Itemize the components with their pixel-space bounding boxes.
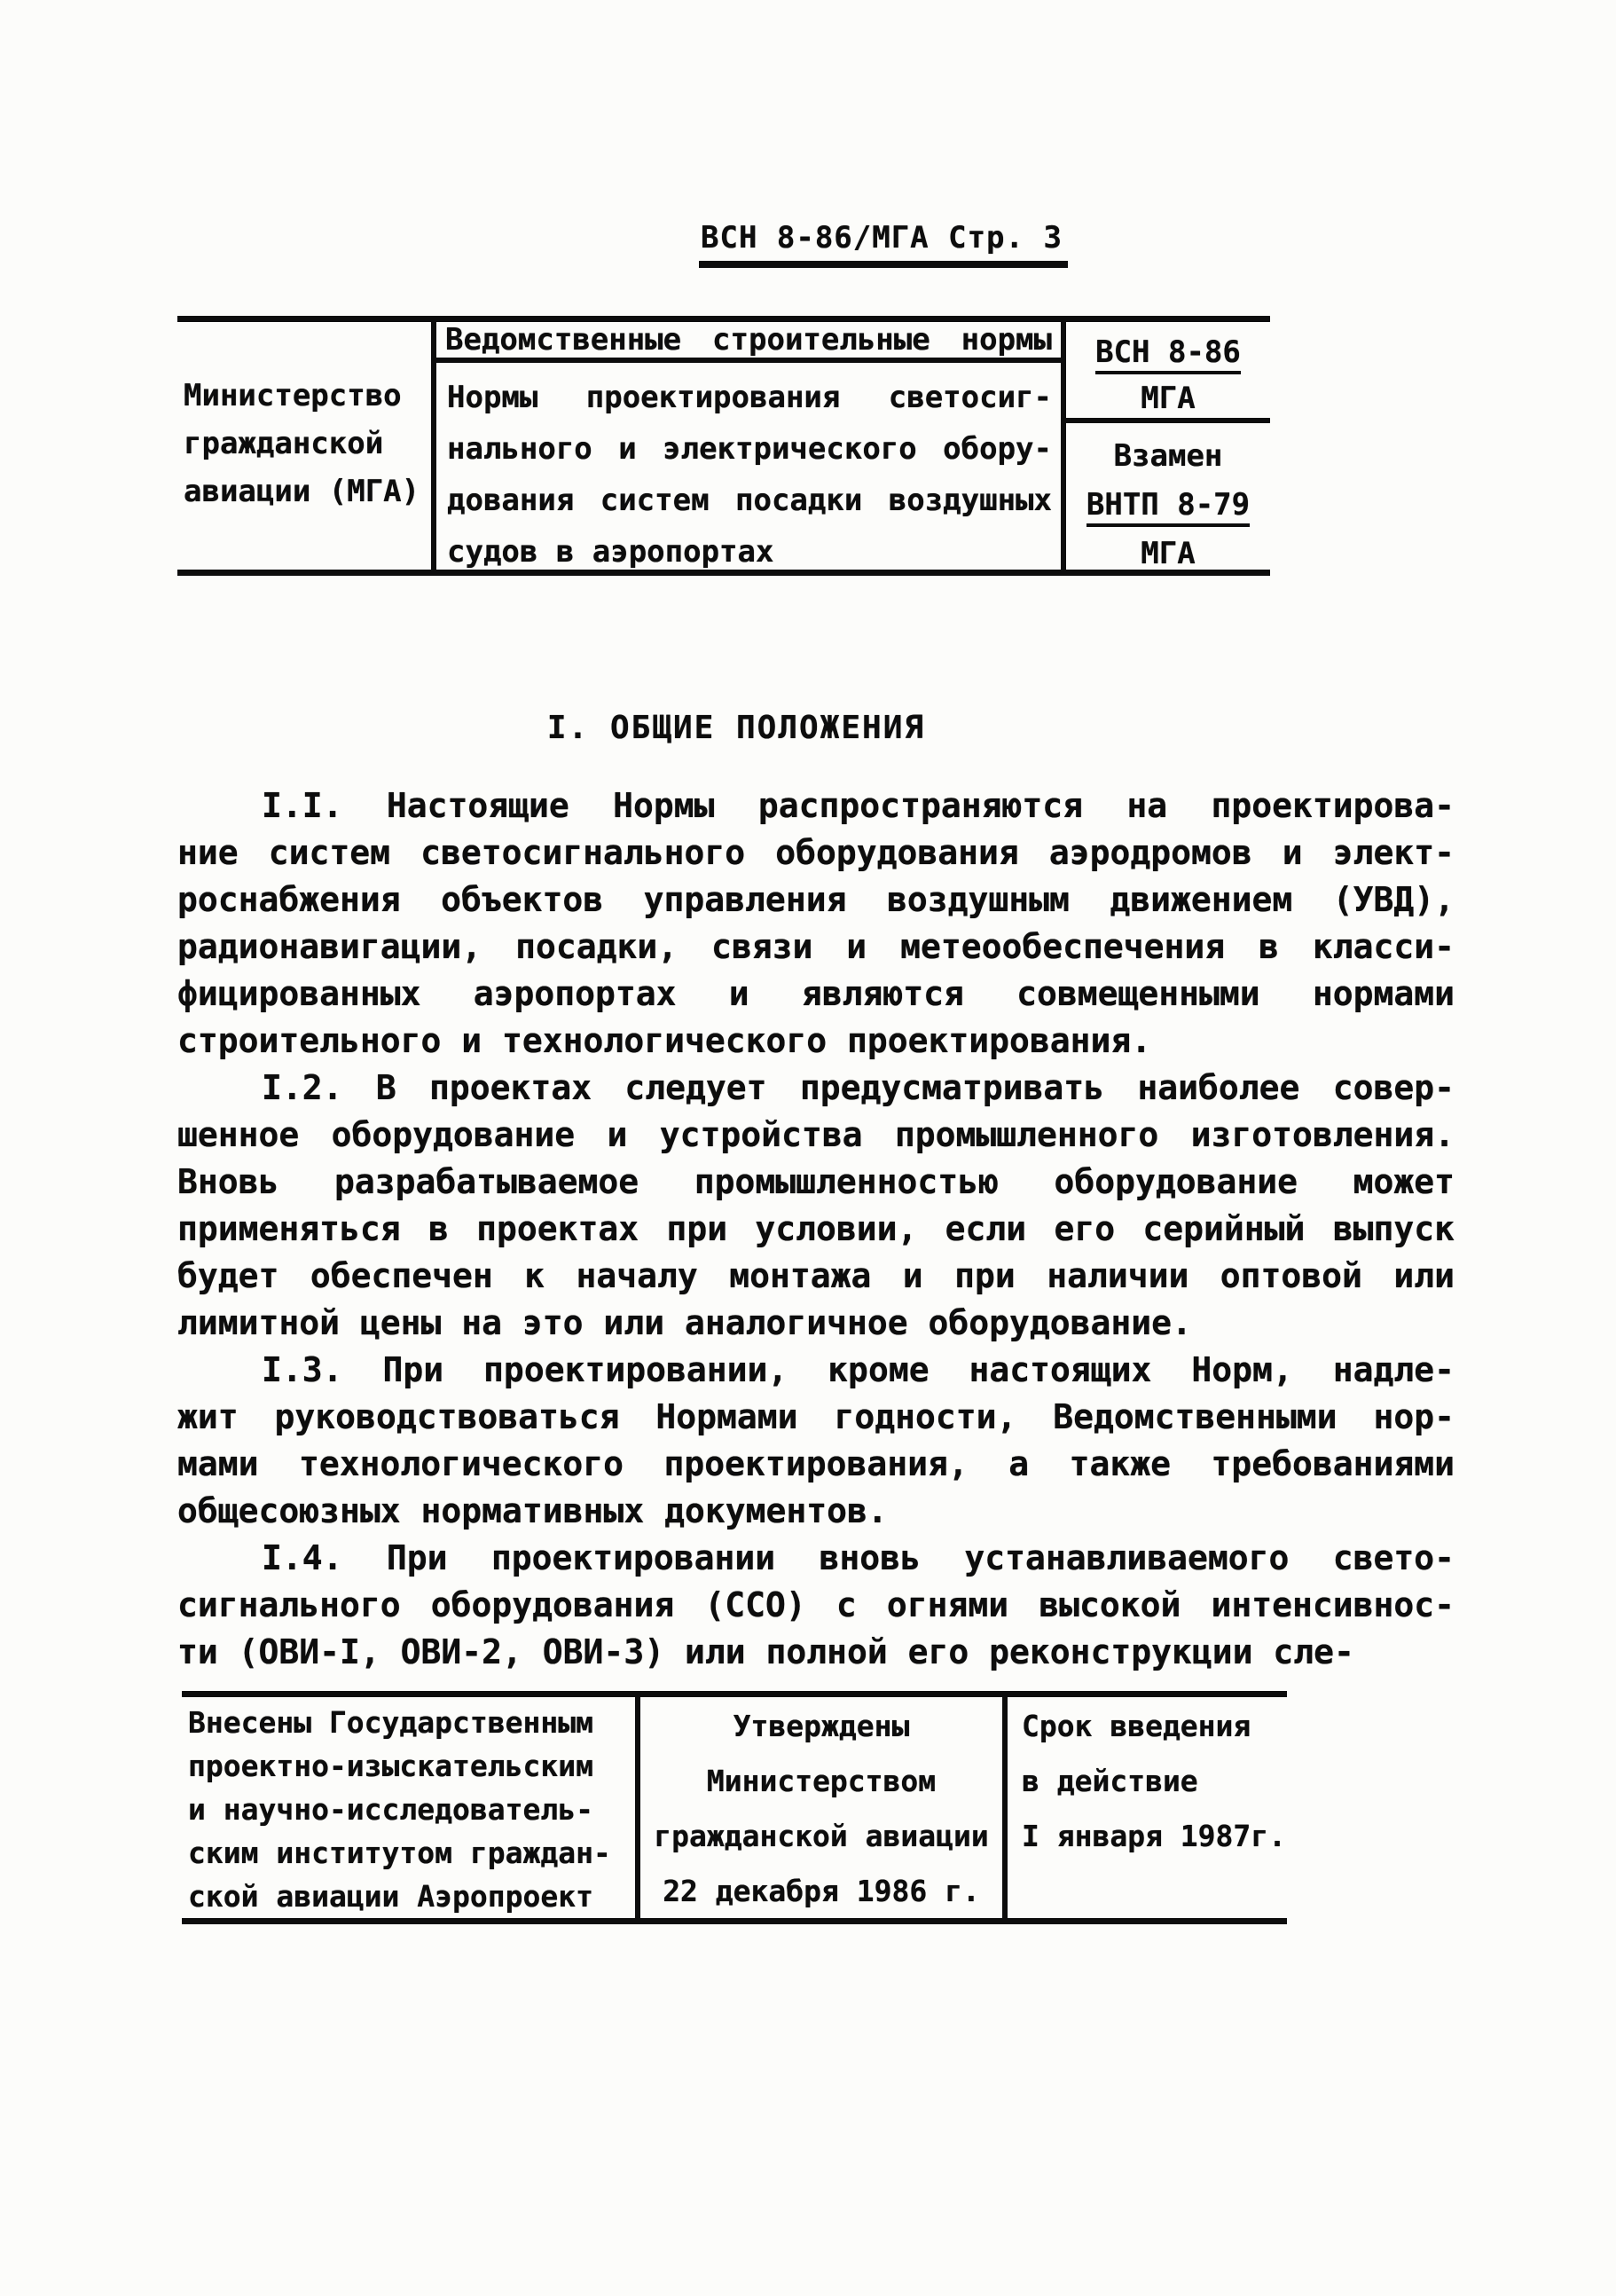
paragraph: I.I. Настоящие Нормы распространяются на… bbox=[177, 782, 1455, 1065]
replaces-cell: Взамен ВНТП 8-79 МГА bbox=[1066, 423, 1270, 578]
text-line: будет обеспечен к началу монтажа и при н… bbox=[177, 1253, 1455, 1300]
text-line: жит руководствоваться Нормами годности, … bbox=[177, 1394, 1455, 1441]
title-column: Ведомственные строительные нормы Нормы п… bbox=[431, 322, 1066, 570]
text-line: I.3. При проектировании, кроме настоящих… bbox=[177, 1347, 1455, 1394]
text-line: гражданской авиации bbox=[640, 1809, 1002, 1864]
doc-code: ВСН 8-86 bbox=[1095, 334, 1241, 374]
replaces-label: Взамен bbox=[1066, 432, 1270, 481]
text-line: ской авиации Аэропроект bbox=[188, 1875, 630, 1918]
text-line: сигнального оборудования (ССО) с огнями … bbox=[177, 1582, 1455, 1629]
doc-type-text: Ведомственные строительные нормы bbox=[445, 322, 1052, 358]
text-line: ским институтом граждан- bbox=[188, 1831, 630, 1875]
paragraph: I.2. В проектах следует предусматривать … bbox=[177, 1065, 1455, 1347]
text-line: I.4. При проектировании вновь устанавлив… bbox=[177, 1535, 1455, 1582]
text-line: ние систем светосигнального оборудования… bbox=[177, 830, 1455, 877]
text-line: применяться в проектах при условии, если… bbox=[177, 1206, 1455, 1253]
replaces-code: ВНТП 8-79 bbox=[1086, 487, 1250, 527]
text-line: роснабжения объектов управления воздушны… bbox=[177, 877, 1455, 924]
text-line: фицированных аэропортах и являются совме… bbox=[177, 971, 1455, 1018]
text-line: Нормы проектирования светосиг- bbox=[447, 372, 1052, 423]
text-line: 22 декабря 1986 г. bbox=[640, 1864, 1002, 1919]
doc-type-cell: Ведомственные строительные нормы bbox=[436, 322, 1061, 363]
text-line: общесоюзных нормативных документов. bbox=[177, 1488, 1455, 1535]
doc-code-org: МГА bbox=[1066, 375, 1270, 421]
replaces-org: МГА bbox=[1066, 530, 1270, 578]
text-line: и научно-исследователь- bbox=[188, 1788, 630, 1831]
text-line: в действие bbox=[1022, 1754, 1287, 1809]
approved-by-cell: УтвержденыМинистерствомгражданской авиац… bbox=[635, 1697, 1008, 1918]
paragraph: I.3. При проектировании, кроме настоящих… bbox=[177, 1347, 1455, 1535]
text-line: I.I. Настоящие Нормы распространяются на… bbox=[177, 782, 1455, 830]
replaces-code-line: ВНТП 8-79 bbox=[1066, 481, 1270, 530]
doc-code-cell: ВСН 8-86 МГА bbox=[1066, 322, 1270, 423]
text-line: мами технологического проектирования, а … bbox=[177, 1441, 1455, 1488]
section-heading: I. ОБЩИЕ ПОЛОЖЕНИЯ bbox=[177, 710, 1295, 746]
text-line: Внесены Государственным bbox=[188, 1701, 630, 1744]
running-head: ВСН 8-86/МГА Стр. 3 bbox=[699, 220, 1068, 268]
submitted-by-cell: Внесены Государственнымпроектно-изыскате… bbox=[182, 1697, 635, 1918]
text-line: нального и электрического обору- bbox=[447, 423, 1052, 475]
text-line: Утверждены bbox=[640, 1699, 1002, 1754]
code-column: ВСН 8-86 МГА Взамен ВНТП 8-79 МГА bbox=[1066, 322, 1270, 570]
doc-code-line: ВСН 8-86 bbox=[1066, 329, 1270, 375]
text-line: дования систем посадки воздушных bbox=[447, 475, 1052, 526]
text-line: проектно-изыскательским bbox=[188, 1744, 630, 1788]
document-page: ВСН 8-86/МГА Стр. 3 Министерствогражданс… bbox=[0, 0, 1616, 2296]
effective-date-cell: Срок введенияв действиеI января 1987г. bbox=[1008, 1697, 1287, 1918]
text-line: ти (ОВИ-I, ОВИ-2, ОВИ-3) или полной его … bbox=[177, 1629, 1455, 1676]
text-line: I.2. В проектах следует предусматривать … bbox=[177, 1065, 1455, 1112]
text-line: авиации (МГА) bbox=[184, 468, 428, 515]
text-line: строительного и технологического проекти… bbox=[177, 1018, 1455, 1065]
text-line: лимитной цены на это или аналогичное обо… bbox=[177, 1300, 1455, 1347]
text-line: Срок введения bbox=[1022, 1699, 1287, 1754]
text-line: шенное оборудование и устройства промышл… bbox=[177, 1112, 1455, 1159]
document-stamp-table: Министерствогражданскойавиации (МГА) Вед… bbox=[177, 316, 1270, 576]
ministry-cell: Министерствогражданскойавиации (МГА) bbox=[177, 322, 431, 570]
text-line: Министерством bbox=[640, 1754, 1002, 1809]
text-line: Вновь разрабатываемое промышленностью об… bbox=[177, 1159, 1455, 1206]
text-line: Министерство bbox=[184, 372, 428, 420]
text-line: радионавигации, посадки, связи и метеооб… bbox=[177, 924, 1455, 971]
approval-stamp-table: Внесены Государственнымпроектно-изыскате… bbox=[182, 1691, 1287, 1924]
body-text: I.I. Настоящие Нормы распространяются на… bbox=[177, 782, 1455, 1676]
text-line: гражданской bbox=[184, 420, 428, 468]
text-line: I января 1987г. bbox=[1022, 1809, 1287, 1864]
paragraph: I.4. При проектировании вновь устанавлив… bbox=[177, 1535, 1455, 1676]
text-line: судов в аэропортах bbox=[447, 526, 1052, 578]
doc-title-cell: Нормы проектирования светосиг-нального и… bbox=[436, 363, 1061, 578]
